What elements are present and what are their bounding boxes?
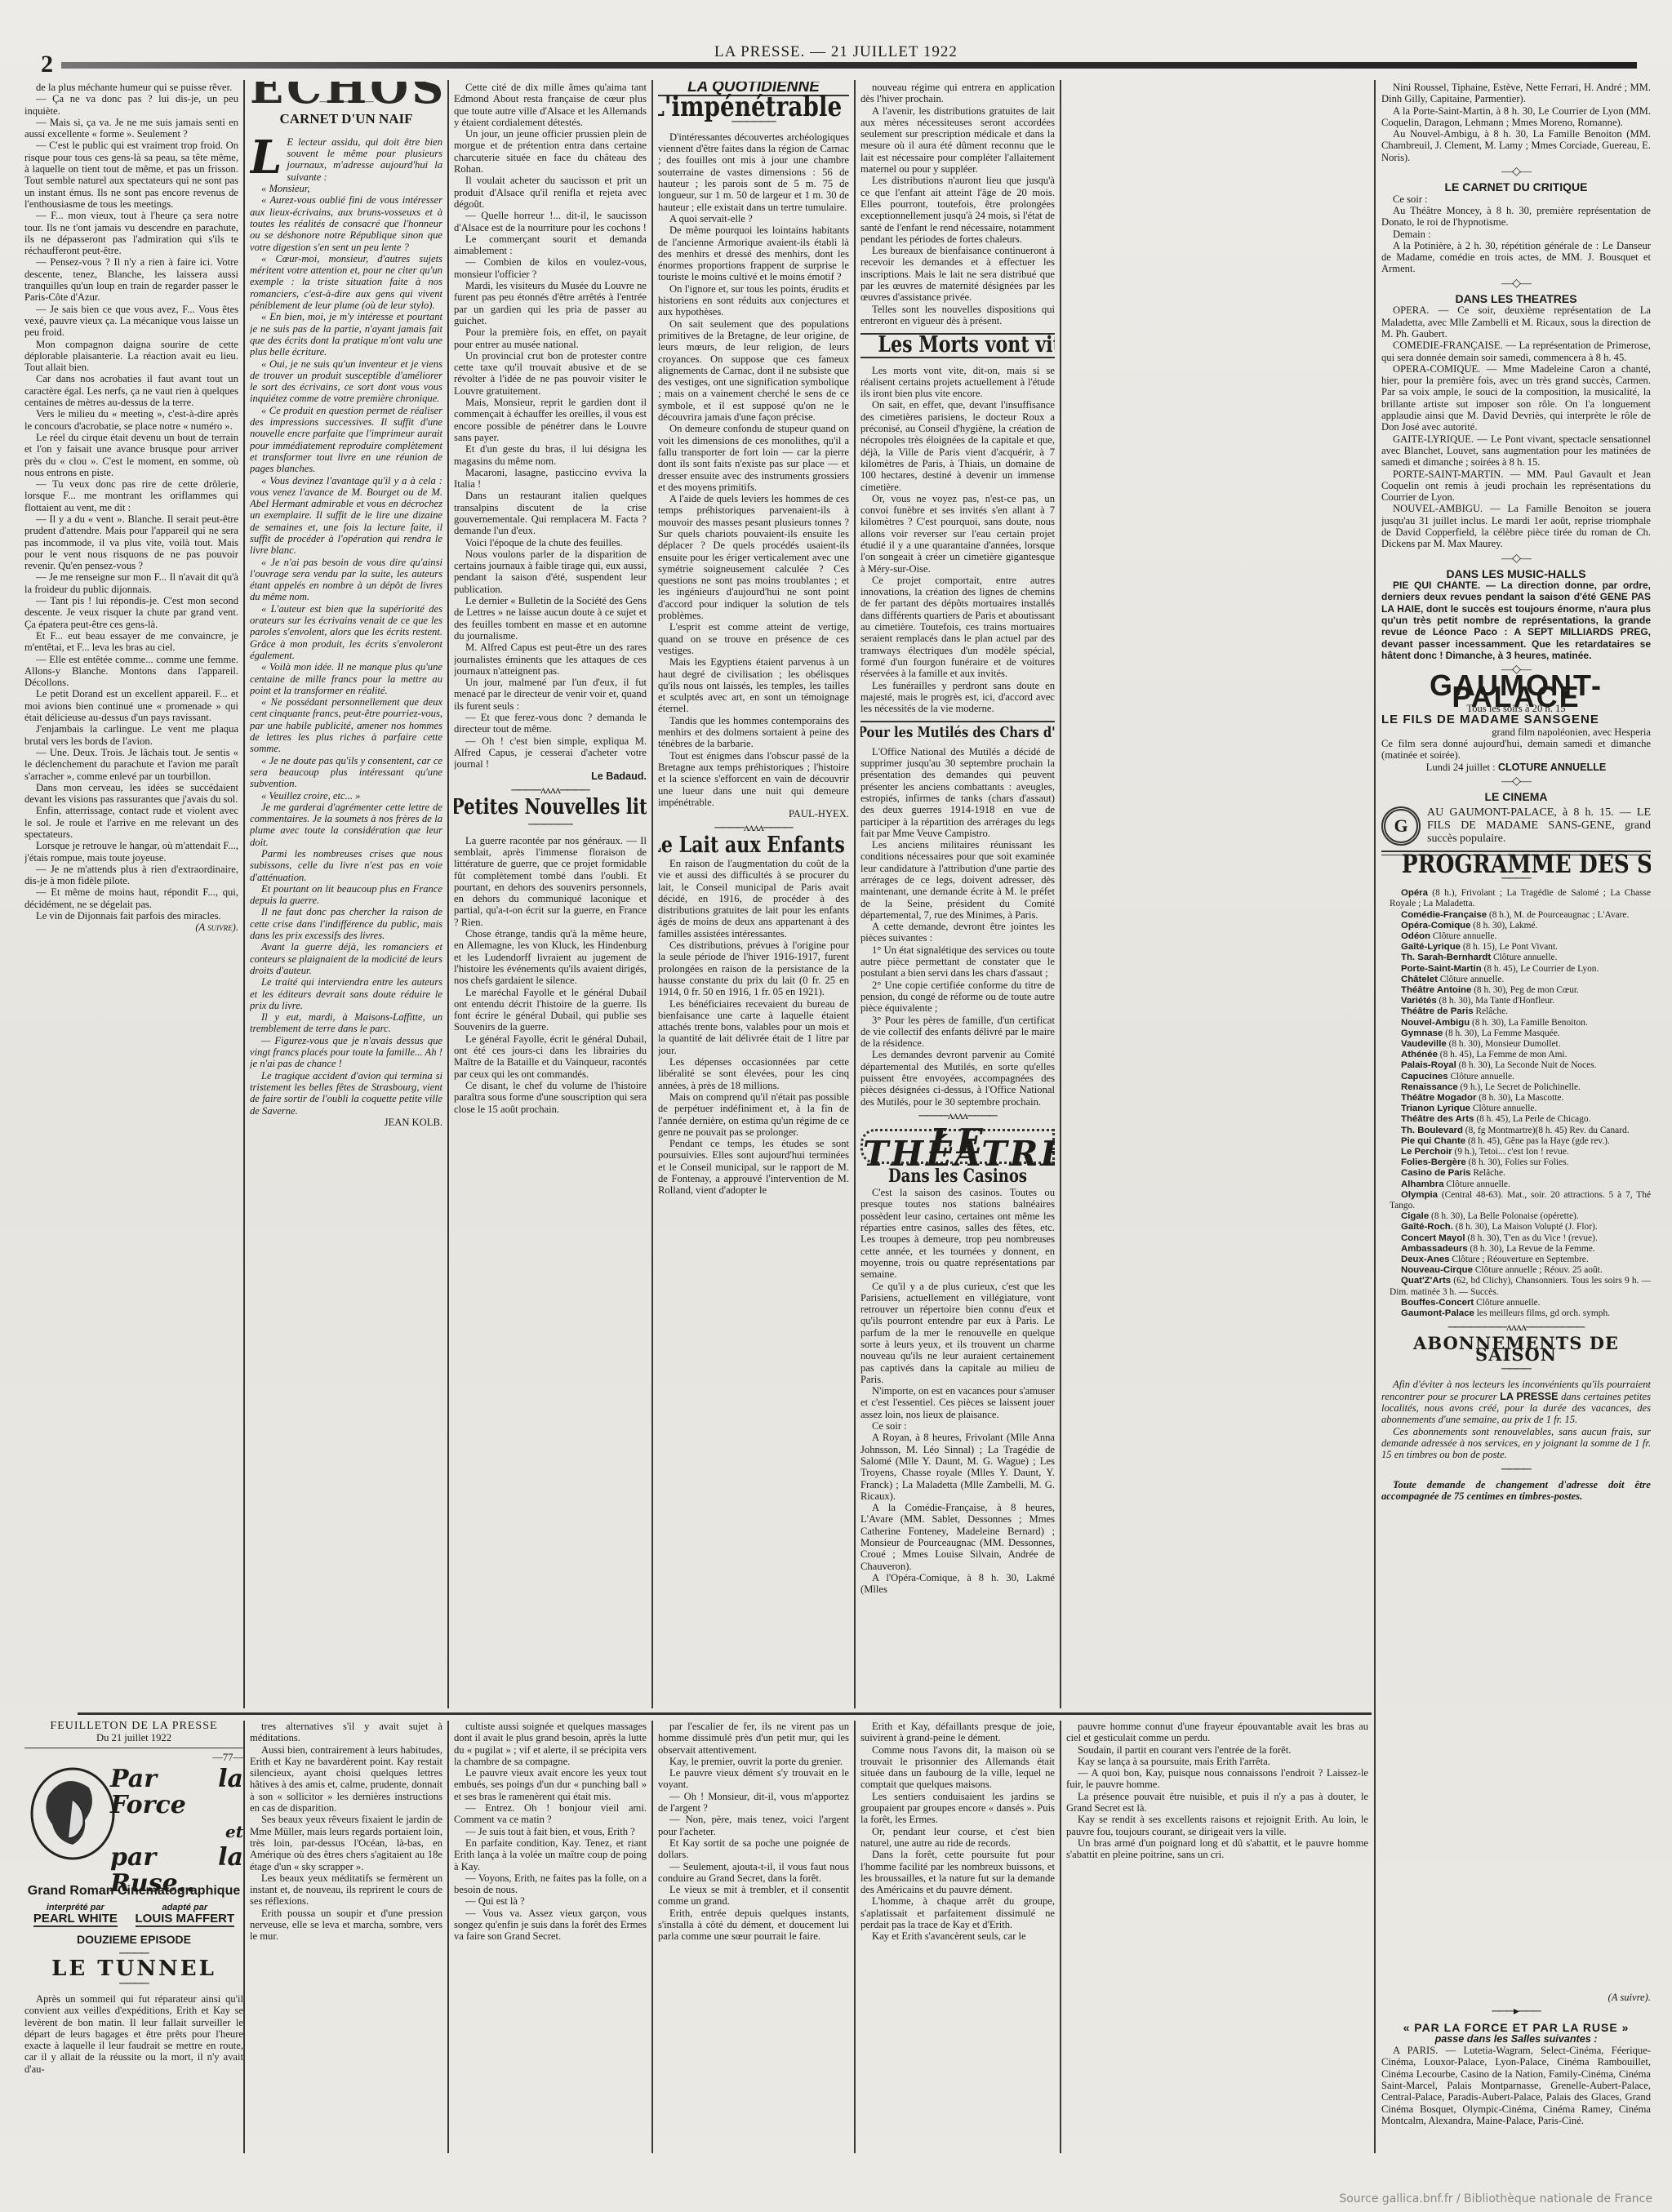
paragraph: Erith et Kay, défaillants presque de joi… [860,1721,1055,1744]
episode-label: DOUZIEME EPISODE [24,1934,243,1945]
venue-info: (8 h. 30), La Mascotte. [1476,1093,1563,1103]
paragraph: Erith poussa un soupir et d'une pression… [250,1908,442,1943]
credits: interprété par PEARL WHITE adapté par LO… [24,1902,243,1927]
programme-row: Vaudeville (8 h. 30), Monsieur Dumollet. [1381,1039,1651,1050]
paragraph: — Tu veux donc pas rire de cette drôleri… [24,478,238,513]
separator: —◇— [1381,278,1651,290]
paragraph: Le maréchal Fayolle et le général Dubail… [454,987,647,1033]
paragraph: On l'ignore et, sur tous les points, éru… [658,283,849,318]
column-rule [1060,80,1061,1708]
mutiles-header-box: Pour les Mutilés des Chars d'Assaut [860,721,1055,739]
column-rule [651,80,653,1708]
paragraph: « Cœur-moi, monsieur, d'autres sujets mé… [250,253,442,311]
paragraph: A l'avenir, les distributions gratuites … [860,105,1055,175]
venue-name: Casino de Paris [1401,1168,1470,1178]
venue-info: (8 h. 30), La Seconde Nuit de Noces. [1456,1060,1597,1070]
paragraph: J'enjambais la carlingue. Le vent me pla… [24,723,238,747]
venue-name: Théâtre Antoine [1401,985,1471,995]
paragraph: pauvre homme connut d'une frayeur épouva… [1066,1721,1368,1744]
paragraph: Pour la première fois, en effet, on paya… [454,326,647,350]
venue-name: Nouvel-Ambigu [1401,1018,1470,1028]
programme-title: PROGRAMME DES SPECTACLES [1402,859,1631,870]
portrait-medallion-icon [28,1763,118,1861]
paragraph: — Oh ! c'est bien simple, expliqua M. Al… [454,735,647,771]
feuilleton-date: Du 21 juillet 1922 [24,1732,243,1743]
venue-info: les meilleurs films, gd orch. symph. [1474,1308,1610,1318]
column-rule [243,1721,245,2153]
paragraph: — Voyons, Erith, ne faites pas la folle,… [454,1872,647,1896]
venue-name: Bouffes-Concert [1401,1298,1474,1308]
programme-row: Gymnase (8 h. 30), La Femme Masquée. [1381,1028,1651,1039]
paragraph: « Monsieur, [250,183,442,194]
paragraph: tres alternatives s'il y avait sujet à m… [250,1721,442,1744]
gaumont-desc: grand film napoléonien, avec Hesperia [1381,726,1651,738]
abonnements-p3: Toute demande de changement d'adresse do… [1381,1479,1651,1503]
paragraph: Car dans nos acrobaties il faut avant to… [24,373,238,408]
separator: ────ʌʌʌʌ──── [860,1111,1055,1122]
paragraph: Macaroni, lasagne, pasticcino evviva la … [454,467,647,491]
separator: —◇— [1381,776,1651,788]
par-la-force-logo: Par la Force et par la Ruse.. [24,1763,243,1886]
paragraph: « Aurez-vous oublié fini de vous intéres… [250,194,442,252]
gaumont-closing: Lundi 24 juillet : CLOTURE ANNUELLE [1381,762,1651,773]
paragraph: — Pensez-vous ? Il n'y a rien à faire ic… [24,256,238,303]
paragraph: — F... mon vieux, tout à l'heure ça sera… [24,210,238,256]
column-rule [243,80,245,1708]
paragraph: N'importe, on est en vacances pour s'amu… [860,1385,1055,1420]
programme-row: Pie qui Chante (8 h. 45), Gêne pas la Ha… [1381,1136,1651,1147]
paragraph: Dans la forêt, cette poursuite fut pour … [860,1849,1055,1895]
theatres-title: DANS LES THEATRES [1381,293,1651,304]
paragraph: On sait, en effet, que, devant l'insuffi… [860,399,1055,492]
programme-row: Trianon Lyrique Clôture annuelle. [1381,1104,1651,1114]
paragraph: Avant la guerre déjà, les romanciers et … [250,941,442,976]
paragraph: A Royan, à 8 heures, Frivolant (Mlle Ann… [860,1432,1055,1502]
paragraph: Ses beaux yeux rêveurs fixaient le jardi… [250,1814,442,1872]
header-bar [61,62,1637,69]
programme-row: Variétés (8 h. 30), Ma Tante d'Honfleur. [1381,996,1651,1006]
paragraph: « Veuillez croire, etc... » [250,790,442,802]
paragraph: PIE QUI CHANTE. — La direction donne, pa… [1381,580,1651,661]
drop-cap: L [250,138,282,177]
paragraph: La guerre racontée par nos généraux. — I… [454,835,647,928]
venue-name: Trianon Lyrique [1401,1104,1470,1113]
paragraph: — Tant pis ! lui répondis-je. C'est mon … [24,595,238,630]
programme-row: Casino de Paris Relâche. [1381,1168,1651,1179]
paragraph: Le tragique accident d'avion qui termina… [250,1070,442,1117]
programme-row: Athénée (8 h. 45), La Femme de mon Ami. [1381,1050,1651,1060]
critique-title: LE CARNET DU CRITIQUE [1381,181,1651,193]
paragraph: COMEDIE-FRANÇAISE. — La représentation d… [1381,340,1651,363]
paragraph: Cette cité de dix mille âmes qu'aima tan… [454,82,647,128]
paragraph: « Je n'ai pas besoin de vous dire qu'ain… [250,557,442,603]
salles-list: A PARIS. — Lutetia-Wagram, Select-Cinéma… [1381,2045,1651,2126]
paragraph: Et Kay sortit de sa poche une poignée de… [658,1837,849,1861]
paragraph: A la Comédie-Française, à 8 heures, L'Av… [860,1502,1055,1572]
venue-info: (9 h.), Tetoi... c'est Ion ! revue. [1452,1147,1569,1157]
venue-info: (8 h. 30), La Femme Masquée. [1443,1028,1559,1038]
paragraph: Et pourtant on lit beaucoup plus en Fran… [250,883,442,907]
paragraph: Un provincial crut bon de protester cont… [454,350,647,397]
paragraph: Enfin, atterrissage, contact rude et vio… [24,805,238,840]
paragraph: « L'auteur est bien que la supériorité d… [250,603,442,661]
theatres-body: OPERA. — Ce soir, deuxième représentatio… [1381,304,1651,549]
venue-name: Nouveau-Cirque [1401,1265,1473,1275]
paragraph: Le petit Dorand est un excellent apparei… [24,688,238,723]
venue-info: (8 h. 15), Le Pont Vivant. [1461,942,1558,952]
venue-name: Pie qui Chante [1401,1136,1465,1146]
column-rule [447,80,449,1708]
venue-info: Clôture annuelle ; Réouv. 25 août. [1473,1265,1603,1275]
paragraph: Au Théâtre Moncey, à 8 h. 30, première r… [1381,205,1651,229]
serial-story-column: de la plus méchante humeur qui se puisse… [24,82,238,1706]
paragraph: Kay se lança à sa poursuite, mais Erith … [1066,1756,1368,1767]
venue-name: Comédie-Française [1401,910,1487,920]
paragraph: Le dernier « Bulletin de la Société des … [454,595,647,642]
venue-info: (8 h. 45), La Femme de mon Ami. [1438,1050,1567,1059]
paragraph: Je me garderai d'agrémenter cette lettre… [250,802,442,848]
venue-info: (8 h. 45), La Perle de Chicago. [1474,1114,1590,1124]
programme-row: Opéra-Comique (8 h. 30), Lakmé. [1381,921,1651,931]
salles-block: (A suivre). ───▸─── « PAR LA FORCE ET PA… [1381,1992,1651,2155]
paragraph: Un jour, un jeune officier prussien plei… [454,128,647,175]
theatre-title: LE THÉATRE [863,1136,1052,1160]
paragraph: Erith, entrée depuis quelques instants, … [658,1908,849,1943]
venue-info: (8 h. 30), Ma Tante d'Honfleur. [1437,996,1554,1006]
paragraph: Ce soir : [1381,193,1651,205]
venue-info: (8 h. 30), Lakmé. [1470,921,1537,931]
paragraph: L'esprit est comme atteint de vertige, q… [658,621,849,656]
programme-row: Gaîté-Lyrique (8 h. 15), Le Pont Vivant. [1381,942,1651,953]
venue-info: (8 h.), M. de Pourceaugnac ; L'Avare. [1487,910,1629,920]
paragraph: « Oui, je ne suis qu'un inventeur et je … [250,358,442,405]
casinos-body: C'est la saison des casinos. Toutes ou p… [860,1187,1055,1595]
venue-name: Variétés [1401,996,1437,1006]
paragraph: Après un sommeil qui fut réparateur ains… [24,1993,243,2075]
paragraph: — Combien de kilos en voulez-vous, monsi… [454,256,647,280]
programme-row: Comédie-Française (8 h.), M. de Pourceau… [1381,910,1651,921]
feuilleton-text: Après un sommeil qui fut réparateur ains… [24,1993,243,2075]
paragraph: Au Nouvel-Ambigu, à 8 h. 30, La Famille … [1381,128,1651,163]
venue-info: (8 h. 45), Le Courrier de Lyon. [1482,964,1599,974]
venue-info: Relâche. [1474,1006,1508,1016]
page-number: 2 [41,51,53,78]
paragraph: — Mais si, ça va. Je ne me suis jamais s… [24,117,238,140]
paragraph: PORTE-SAINT-MARTIN. — MM. Paul Gavault e… [1381,469,1651,504]
gaumont-note: Ce film sera donné aujourd'hui, demain s… [1381,738,1651,762]
feuilleton-column: Erith et Kay, défaillants presque de joi… [860,1721,1055,2153]
mutiles-title: Pour les Mutilés des Chars d'Assaut [860,727,1055,739]
programme-row: Bouffes-Concert Clôture annuelle. [1381,1298,1651,1308]
paragraph: Un jour, malmené par l'un d'eux, il fut … [454,677,647,712]
salles-subtitle: passe dans les Salles suivantes : [1381,2033,1651,2045]
paragraph: Voici l'époque de la chute des feuilles. [454,537,647,549]
spectacles-top: Nini Roussel, Tiphaine, Estève, Nette Fe… [1381,82,1651,163]
separator: ────── [454,820,647,831]
paragraph: 2° Une copie certifiée conforme du titre… [860,979,1055,1015]
programme-row: Cigale (8 h. 30), La Belle Polonaise (op… [1381,1211,1651,1222]
quotidienne-body: D'intéressantes découvertes archéologiqu… [658,131,849,808]
venue-name: Le Perchoir [1401,1147,1452,1157]
paragraph: Un bras armé d'un poignard long et dû s'… [1066,1837,1368,1861]
paragraph: A l'Opéra-Comique, à 8 h. 30, Lakmé (Mll… [860,1572,1055,1596]
paragraph: 1° Un état signalétique des services ou … [860,944,1055,979]
paragraph: « Ne possédant personnellement que deux … [250,696,442,754]
paragraph: Le vieux se mit à trembler, et il consen… [658,1884,849,1908]
paragraph: « En bien, moi, je m'y intéresse et pour… [250,311,442,358]
lait-body: En raison de l'augmentation du coût de l… [658,858,849,1197]
paragraph: C'est la saison des casinos. Toutes ou p… [860,1187,1055,1280]
paragraph: — Je suis tout à fait bien, et vous, Eri… [454,1826,647,1837]
paragraph: « Je ne doute pas qu'ils y consentent, c… [250,755,442,790]
echos-body: « Monsieur,« Aurez-vous oublié fini de v… [250,183,442,1117]
paragraph: — Il y a du « vent ». Blanche. Il serait… [24,513,238,571]
gaumont-logo-icon: G [1381,806,1421,846]
venue-name: Quat'Z'Arts [1401,1276,1451,1286]
paragraph: Les bénéficiaires recevaient du bureau d… [658,998,849,1056]
abonnements-title: ABONNEMENTS DE SAISON [1381,1338,1651,1361]
column-rule [854,80,856,1708]
paragraph: — Je me renseigne sur mon F... Il n'avai… [24,571,238,595]
critique-body: Ce soir :Au Théâtre Moncey, à 8 h. 30, p… [1381,193,1651,275]
programme-row: Ambassadeurs (8 h. 30), La Revue de la F… [1381,1244,1651,1255]
paragraph: Nous voulons parler de la disparition de… [454,549,647,595]
paragraph: — Entrez. Oh ! bonjour vieil ami. Commen… [454,1802,647,1826]
paragraph: Nini Roussel, Tiphaine, Estève, Nette Fe… [1381,82,1651,105]
venue-name: Gaîté-Lyrique [1401,942,1461,952]
paragraph: Les sentiers conduisaient les jardins se… [860,1791,1055,1826]
venue-name: Ambassadeurs [1401,1244,1468,1254]
musichalls-body: PIE QUI CHANTE. — La direction donne, pa… [1381,580,1651,661]
programme-row: Nouvel-Ambigu (8 h. 30), La Famille Beno… [1381,1018,1651,1028]
paragraph: A cette demande, devront être jointes le… [860,921,1055,944]
separator: ──── [1381,1364,1651,1375]
venue-info: Clôture annuelle. [1444,1179,1510,1189]
paragraph: 3° Pour les pères de famille, d'un certi… [860,1015,1055,1050]
venue-info: (8 h. 30), Monsieur Dumollet. [1447,1039,1561,1049]
paragraph: — Ça ne va donc pas ? lui dis-je, un peu… [24,93,238,117]
venue-name: Odéon [1401,931,1430,941]
programme-row: Quat'Z'Arts (62, bd Clichy), Chansonnier… [1381,1276,1651,1297]
echos-continued-column: Cette cité de dix mille âmes qu'aima tan… [454,82,647,1706]
paragraph: « Ce produit en question permet de réali… [250,405,442,475]
feuilleton-header: FEUILLETON DE LA PRESSE [24,1721,243,1732]
paragraph: Les bureaux de bienfaisance continueront… [860,245,1055,303]
paragraph: — Oh ! Monsieur, dit-il, vous m'apportez… [658,1791,849,1814]
mutiles-body: L'Office National des Mutilés a décidé d… [860,746,1055,1108]
paragraph: — Figurez-vous que je n'avais dessus que… [250,1035,442,1070]
programme-list: Opéra (8 h.), Frivolant ; La Tragédie de… [1381,888,1651,1319]
paragraph: Mon compagnon daigna sourire de cette dé… [24,339,238,374]
paragraph: Ce soir : [860,1420,1055,1432]
news-column: nouveau régime qui entrera en applicatio… [860,82,1055,1706]
paragraph: A la Porte-Saint-Martin, à 8 h. 30, Le C… [1381,105,1651,129]
paragraph: Or, pendant leur course, et c'est bien n… [860,1826,1055,1850]
paragraph: Les anciens militaires réunissant les co… [860,839,1055,921]
column-rule [651,1721,653,2153]
gaumont-title: GAUMONT-PALACE [1381,680,1651,704]
paragraph: — A quoi bon, Kay, puisque nous connaiss… [1066,1767,1368,1791]
venue-name: Palais-Royal [1401,1060,1456,1070]
logo-title: Par la Force et par la Ruse.. [110,1766,243,1897]
paragraph: par l'escalier de fer, ils ne virent pas… [658,1721,849,1756]
venue-info: (8 h. 30), La Famille Benoiton. [1470,1018,1588,1028]
venue-info: Clôture annuelle. [1491,953,1557,962]
paragraph: La présence pouvait être nuisible, et pu… [1066,1791,1368,1814]
venue-info: (8, fg Montmartre)(8 h. 45) Rev. du Cana… [1463,1126,1630,1135]
newspaper-page: LA PRESSE. — 21 JUILLET 1922 2 de la plu… [0,0,1672,2212]
programme-row: Gaumont-Palace les meilleurs films, gd o… [1381,1308,1651,1319]
venue-info: (8 h. 30), Peg de mon Cœur. [1471,985,1579,995]
paragraph: OPERA-COMIQUE. — Mme Madeleine Caron a c… [1381,363,1651,433]
paragraph: En raison de l'augmentation du coût de l… [658,858,849,939]
feuilleton-header-column: FEUILLETON DE LA PRESSE Du 21 juillet 19… [24,1721,243,2153]
paragraph: En parfaite condition, Kay. Tenez, et ri… [454,1837,647,1872]
paragraph: Mais les Egyptiens étaient parvenus à un… [658,656,849,714]
programme-row: Odéon Clôture annuelle. [1381,931,1651,942]
paragraph: Les distributions n'auront lieu que jusq… [860,175,1055,245]
venue-info: Clôture annuelle. [1438,975,1504,984]
venue-name: Théâtre de Paris [1401,1006,1474,1016]
to-be-continued: (A suivre). [24,922,238,933]
feuilleton-rule [78,1712,1372,1715]
programme-row: Concert Mayol (8 h. 30), T'en as du Vice… [1381,1233,1651,1244]
venue-info: (8 h. 30), T'en as du Vice ! (revue). [1465,1233,1597,1243]
paragraph: A l'aide de quels leviers les hommes de … [658,493,849,621]
column-rule [854,1721,856,2153]
quotidienne-title: L'impénétrable Nuit [658,101,849,113]
programme-row: Châtelet Clôture annuelle. [1381,975,1651,985]
episode-title: LE TUNNEL [24,1963,243,1974]
programme-row: Porte-Saint-Martin (8 h. 45), Le Courrie… [1381,964,1651,975]
paragraph: GAITE-LYRIQUE. — Le Pont vivant, spectac… [1381,433,1651,469]
programme-row: Théâtre Mogador (8 h. 30), La Mascotte. [1381,1093,1651,1104]
programme-row: Folies-Bergère (8 h. 30), Folies sur Fol… [1381,1157,1651,1168]
feuilleton-column: tres alternatives s'il y avait sujet à m… [250,1721,442,2153]
venue-name: Concert Mayol [1401,1233,1465,1243]
paragraph: Tandis que les hommes contemporains des … [658,715,849,750]
paragraph: Soudain, il partit en courant vers l'ent… [1066,1744,1368,1756]
story-body: de la plus méchante humeur qui se puisse… [24,82,238,922]
feuilleton-column: par l'escalier de fer, ils ne virent pas… [658,1721,849,2153]
paragraph: OPERA. — Ce soir, deuxième représentatio… [1381,304,1651,340]
paragraph: « Vous devinez l'avantage qu'il y a à ce… [250,475,442,557]
venue-name: Alhambra [1401,1179,1444,1189]
paragraph: Il voulait acheter du saucisson et prit … [454,175,647,210]
venue-info: (8 h. 45), Gêne pas la Haye (gde rev.). [1465,1136,1610,1146]
paragraph: Dans mon cerveau, les idées se succédaie… [24,782,238,806]
paragraph: L'homme, à chaque arrêt du groupe, s'apl… [860,1895,1055,1930]
paragraph: Ce qu'il y a de plus curieux, c'est que … [860,1281,1055,1386]
programme-row: Olympia (Central 48-63). Mat., soir. 20 … [1381,1190,1651,1211]
programme-row: Nouveau-Cirque Clôture annuelle ; Réouv.… [1381,1265,1651,1276]
paragraph: — Non, père, mais tenez, voici l'argent … [658,1814,849,1837]
programme-row: Théâtre des Arts (8 h. 45), La Perle de … [1381,1114,1651,1125]
quotidienne-signature: PAUL-HYEX. [658,808,849,820]
paragraph: On sait seulement que des populations pr… [658,318,849,424]
paragraph: nouveau régime qui entrera en applicatio… [860,82,1055,105]
venue-name: Capucines [1401,1072,1448,1082]
programme-row: Th. Boulevard (8, fg Montmartre)(8 h. 45… [1381,1126,1651,1136]
programme-row: Gaîté-Roch. (8 h. 30), La Maison Volupté… [1381,1222,1651,1233]
venue-info: Clôture annuelle. [1430,931,1496,941]
cinema-title: LE CINEMA [1381,791,1651,802]
feuilleton-column: pauvre homme connut d'une frayeur épouva… [1066,1721,1368,1990]
to-be-continued: (A suivre). [1381,1992,1651,2003]
paragraph: L'Office National des Mutilés a décidé d… [860,746,1055,839]
paragraph: Lorsque je retrouve le hangar, où m'atte… [24,840,238,864]
paragraph: Et d'un geste du bras, il lui désigna le… [454,443,647,467]
paragraph: Pendant ce temps, les études se sont pou… [658,1138,849,1196]
venue-name: Porte-Saint-Martin [1401,964,1482,974]
venue-info: Clôture annuelle. [1470,1104,1536,1113]
column-rule [1060,1721,1061,2153]
venue-info: (9 h.), Le Secret de Polichinelle. [1458,1082,1581,1092]
lait-title: Le Lait aux Enfants pauvres [658,840,849,851]
paragraph: Les dépenses occasionnées par cette libé… [658,1056,849,1091]
venue-name: Th. Sarah-Bernhardt [1401,953,1491,962]
spectacles-column: Nini Roussel, Tiphaine, Estève, Nette Fe… [1381,82,1651,2139]
paragraph: Comme nous l'avons dit, la maison où se … [860,1744,1055,1791]
paragraph: Mais on comprend qu'il n'était pas possi… [658,1091,849,1138]
paragraph: — Une. Deux. Trois. Je lâchais tout. Je … [24,747,238,782]
programme-row: Alhambra Clôture annuelle. [1381,1179,1651,1190]
cinema-block: G AU GAUMONT-PALACE, à 8 h. 15. — LE FIL… [1381,806,1651,846]
paragraph: — Et que ferez-vous donc ? demanda le di… [454,712,647,735]
paragraph: Ces distributions, prévues à l'origine p… [658,939,849,997]
feuilleton-column: cultiste aussi soignée et quelques massa… [454,1721,647,2153]
programme-row: Théâtre de Paris Relâche. [1381,1006,1651,1017]
programme-row: Th. Sarah-Bernhardt Clôture annuelle. [1381,953,1651,963]
paragraph: Le traité qui interviendra entre les aut… [250,976,442,1011]
paragraph: — Elle est entêtée comme... comme une fe… [24,654,238,689]
paragraph: Et F... eut beau essayer de me convaincr… [24,630,238,654]
episode-number: —77— [24,1752,243,1763]
venue-name: Folies-Bergère [1401,1157,1466,1167]
programme-row: Palais-Royal (8 h. 30), La Seconde Nuit … [1381,1060,1651,1071]
rule [24,1748,243,1748]
paragraph: Les funérailles y perdront sans doute en… [860,680,1055,715]
masthead: LA PRESSE. — 21 JUILLET 1922 [0,43,1672,61]
venue-info: Relâche. [1470,1168,1505,1178]
paragraph: — Seulement, ajouta-t-il, il vous faut n… [658,1861,849,1885]
paragraph: Or, vous ne voyez pas, n'est-ce pas, un … [860,493,1055,575]
venue-name: Théâtre Mogador [1401,1093,1476,1103]
paragraph: Demain : [1381,229,1651,240]
paragraph: Le réel du cirque était devenu un bout d… [24,432,238,478]
paragraph: Les demandes devront parvenir au Comité … [860,1049,1055,1107]
paragraph: — Vous va. Assez vieux garçon, vous song… [454,1908,647,1943]
paragraph: NOUVEL-AMBIGU. — La Famille Benoiton se … [1381,503,1651,549]
paragraph: Vers le milieu du « meeting », c'est-à-d… [24,408,238,432]
paragraph: Dans un restaurant italien quelques tran… [454,490,647,536]
top-rule: 2 [16,60,1637,70]
paragraph: — Qui est là ? [454,1895,647,1907]
paragraph: Le général Fayolle, écrit le général Dub… [454,1033,647,1080]
source-credit: Source gallica.bnf.fr / Bibliothèque nat… [1339,2192,1652,2205]
paragraph: Kay, le premier, ouvrit la porte du gren… [658,1756,849,1767]
venue-name: Gaumont-Palace [1401,1308,1474,1318]
cinema-text: AU GAUMONT-PALACE, à 8 h. 15. — LE FILS … [1427,806,1651,845]
paragraph: Le pauvre vieux avait encore les yeux to… [454,1767,647,1802]
paragraph: — C'est le public qui est vraiment trop … [24,140,238,210]
badaud-signature: Le Badaud. [454,771,647,782]
programme-row: Renaissance (9 h.), Le Secret de Polichi… [1381,1082,1651,1093]
paragraph: Parmi les nombreuses crises que nous sub… [250,848,442,883]
paragraph: cultiste aussi soignée et quelques massa… [454,1721,647,1767]
paragraph: A quoi servait-elle ? [658,213,849,224]
column-rule [1374,80,1376,2153]
